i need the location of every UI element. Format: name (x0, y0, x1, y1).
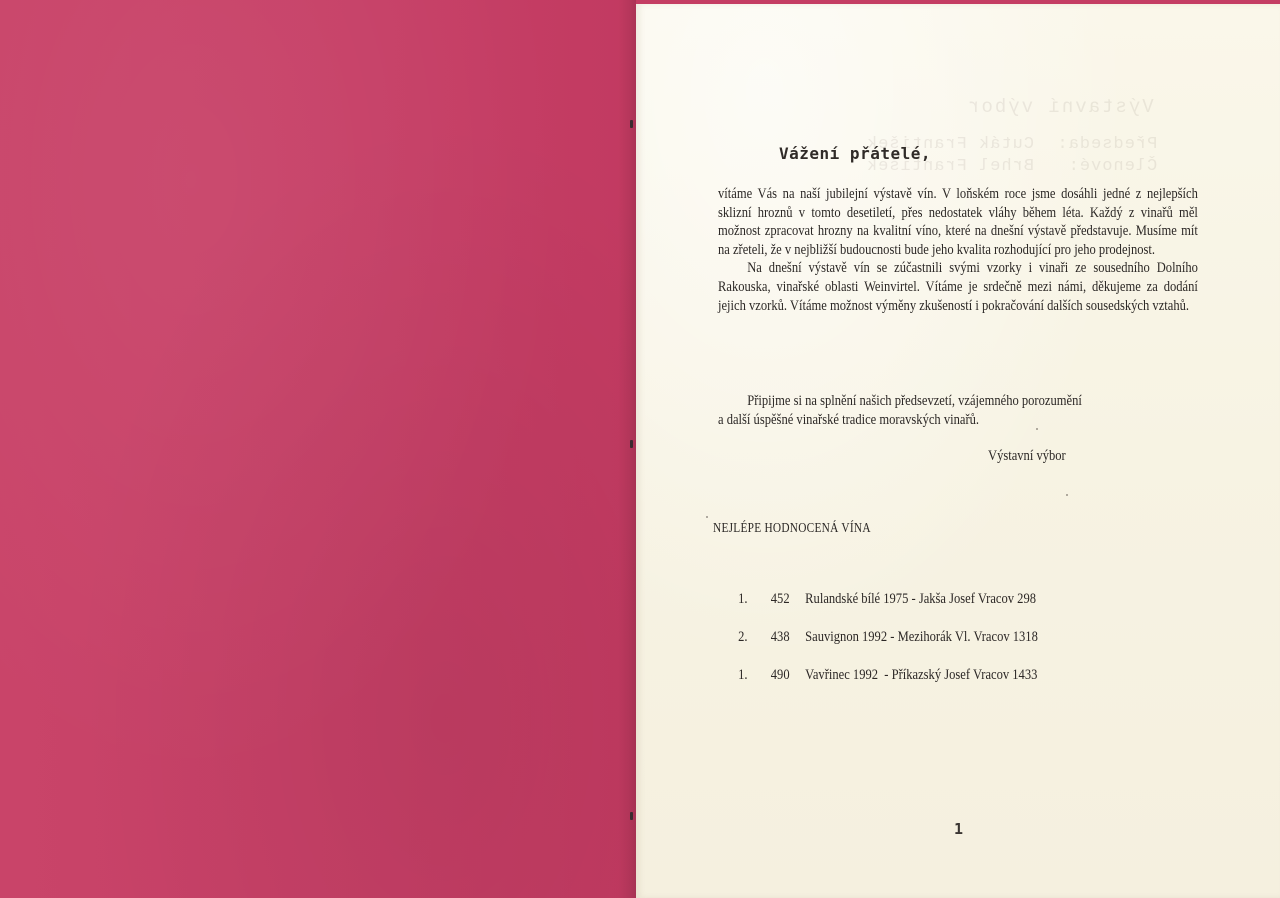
wine-entry: 1.490Vavřinec 1992 - Příkazský Josef Vra… (713, 650, 1038, 688)
staple (630, 120, 633, 128)
wine-sample-number: 438 (771, 629, 805, 646)
wine-entry: 1.452Rulandské bílé 1975 - Jakša Josef V… (713, 574, 1038, 612)
paragraph-welcome: vítáme Vás na naší jubilejní výstavě vín… (718, 185, 1198, 259)
paper-speck (1066, 494, 1068, 496)
paper-speck (1036, 428, 1038, 430)
booklet-spread: Výstavní výbor Předseda: Cuták František… (0, 0, 1280, 898)
wine-sample-number: 452 (771, 591, 805, 608)
wine-description: Sauvignon 1992 - Mezihorák Vl. Vracov 13… (805, 629, 1038, 645)
wine-entry: 2.438Sauvignon 1992 - Mezihorák Vl. Vrac… (713, 612, 1038, 650)
cover-fold-shadow (618, 0, 636, 898)
red-cover-page (0, 0, 636, 898)
toast-text: Připijme si na splnění našich předsevzet… (718, 392, 1198, 429)
top-wines-list: 1.452Rulandské bílé 1975 - Jakša Josef V… (713, 574, 1038, 688)
wine-sample-number: 490 (771, 667, 805, 684)
staple (630, 440, 633, 448)
wine-rank: 2. (738, 629, 771, 646)
toast-line: a další úspěšné vinařské tradice moravsk… (718, 411, 1198, 430)
wine-rank: 1. (738, 591, 771, 608)
paragraph-guests: Na dnešní výstavě vín se zúčastnili svým… (718, 259, 1198, 315)
wine-rank: 1. (738, 667, 771, 684)
top-wines-heading: NEJLÉPE HODNOCENÁ VÍNA (713, 520, 871, 536)
paper-page: Výstavní výbor Předseda: Cuták František… (636, 4, 1280, 898)
signature: Výstavní výbor (988, 448, 1066, 465)
wine-description: Rulandské bílé 1975 - Jakša Josef Vracov… (805, 591, 1036, 607)
paper-speck (706, 516, 708, 518)
show-through-title: Výstavní výbor (966, 96, 1154, 118)
greeting-heading: Vážení přátelé, (779, 144, 931, 163)
wine-description: Vavřinec 1992 - Příkazský Josef Vracov 1… (805, 667, 1037, 683)
staple (630, 812, 633, 820)
page-number: 1 (954, 820, 963, 838)
toast-line: Připijme si na splnění našich předsevzet… (718, 392, 1198, 411)
welcome-text: vítáme Vás na naší jubilejní výstavě vín… (718, 185, 1198, 315)
